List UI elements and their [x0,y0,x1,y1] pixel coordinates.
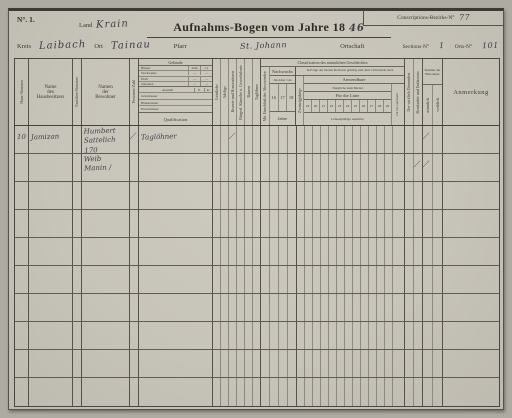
col-house-number: Haus-Nummer [15,59,29,125]
nachwuchs-box: Nachwuchs Im Alter von 16 17 18 Jahre [270,67,296,125]
table-cell [405,182,414,209]
building-title: Gebäude [139,59,212,66]
table-cell [261,266,270,293]
building-dash: — [200,71,212,75]
table-cell [221,238,229,265]
table-cell [369,266,377,293]
table-cell [29,350,73,377]
handwritten-entry: ∕ [129,131,137,143]
table-cell [313,154,321,181]
category-label: Bürgerl. Künstler u. Gewerbsleute [239,65,243,120]
table-cell [385,266,393,293]
table-cell [305,294,313,321]
table-cell [423,378,433,406]
table-cell [414,322,423,349]
nachwuchs-unit: Jahre [270,111,295,125]
age-col: 27 [368,100,376,112]
handwritten-entry: Weib Manin ∕ [82,153,114,175]
table-cell [130,294,139,321]
table-cell [279,266,288,293]
table-cell [245,238,253,265]
table-cell [73,378,82,406]
table-cell [261,350,270,377]
table-cell [345,126,353,153]
table-cell [393,350,405,377]
table-cell [361,210,369,237]
table-cell [213,126,221,153]
table-cell [253,154,261,181]
col-sum-female: weiblich [433,85,442,125]
table-cell: Taglöhner [139,126,213,153]
table-cell [329,266,337,293]
table-cell [423,350,433,377]
table-cell [261,378,270,406]
table-cell [82,238,130,265]
table-cell [423,294,433,321]
year-17-col: 17 [279,84,288,111]
table-row [15,182,499,210]
table-cell [279,378,288,406]
table-cell [288,210,297,237]
table-cell [433,154,443,181]
table-cell: Jamizan [29,126,73,153]
table-cell [353,238,361,265]
table-cell [353,378,361,406]
table-cell [229,154,237,181]
table-cell [261,238,270,265]
table-cell [213,266,221,293]
building-dash: — [188,77,200,81]
census-sheet: N°. 1. Land Krain Conscriptions-Bezirks-… [8,8,504,410]
table-cell [405,238,414,265]
tax-title: Ausmaß [139,88,194,92]
table-cell [253,126,261,153]
table-cell [369,154,377,181]
table-cell [385,126,393,153]
table-cell [288,294,297,321]
table-cell [279,322,288,349]
table-cell [321,322,329,349]
age-col: 21 [320,100,328,112]
table-cell [73,294,82,321]
age-col: 25 [352,100,360,112]
table-cell [414,350,423,377]
tax-box: Ausmaß fl. kr. Grundsteuer Häusersteuer [139,87,212,113]
table-cell [237,350,245,377]
sections-label: Sections-N° [403,44,430,50]
person-count-label: Personen-Zahl [132,80,136,103]
table-cell [139,350,213,377]
year-18-col: 18 [287,84,295,111]
table-cell [253,182,261,209]
handwritten-entry: ∕ [422,159,430,171]
remark-label: Anmerkung [453,89,489,96]
category-label: Bauern [247,86,251,98]
table-cell [393,210,405,237]
table-cell [213,322,221,349]
table-cell [82,378,130,406]
form-title: Aufnahms-Bogen vom Jahre 18 46 [147,20,391,35]
table-cell [130,182,139,209]
table-cell [377,294,385,321]
table-cell [405,350,414,377]
table-cell [130,210,139,237]
table-cell [443,126,499,153]
age-col: 26 [360,100,368,112]
table-cell [221,294,229,321]
table-cell [361,350,369,377]
table-cell [237,238,245,265]
table-cell [321,294,329,321]
table-cell: ∕ [423,126,433,153]
table-cell [15,322,29,349]
table-cell [321,126,329,153]
table-cell [377,238,385,265]
table-cell [297,294,305,321]
table-cell [73,322,82,349]
table-cell [353,182,361,209]
table-cell [329,350,337,377]
classification-group: Classification des männlichen Geschlecht… [261,59,405,125]
table-cell [345,210,353,237]
table-cell [405,294,414,321]
table-cell [433,238,443,265]
col-family-number: Familien-Nummer [73,59,82,125]
table-cell: Humbert Sattelich 170 [82,126,130,153]
building-row: Zubauten — — [139,82,212,86]
table-cell [361,266,369,293]
table-cell [385,154,393,181]
col-category-tradesmen: Bürgerl. Künstler u. Gewerbsleute [237,59,245,125]
parish-row: Pfarr St. Johann Ortschaft [147,37,391,50]
table-cell [369,126,377,153]
building-row-label: Stockwerke [139,71,188,75]
table-cell [443,294,499,321]
table-cell [229,378,237,406]
table-cell [297,182,305,209]
table-cell [73,238,82,265]
table-cell [221,266,229,293]
kreis-label: Kreis [17,43,31,50]
table-cell [305,350,313,377]
table-cell [423,182,433,209]
table-cell [288,154,297,181]
table-cell [337,238,345,265]
table-cell [337,266,345,293]
table-cell [353,350,361,377]
table-cell [313,322,321,349]
table-cell [377,154,385,181]
table-cell [15,210,29,237]
table-cell [82,322,130,349]
table-cell [253,378,261,406]
table-cell [313,210,321,237]
table-cell: ∕ [229,126,237,153]
col-category-nobles: Adelige [221,59,229,125]
table-cell [393,266,405,293]
anwendbare-title: Anwendbare [304,76,404,84]
table-cell [369,238,377,265]
table-cell [130,266,139,293]
table-cell [261,154,270,181]
table-cell [443,154,499,181]
table-cell [414,294,423,321]
table-cell [279,210,288,237]
table-cell [385,350,393,377]
table-cell [377,350,385,377]
tax-row-label: Erwerbsteuer [139,107,194,111]
col-person-count: Personen-Zahl [130,59,139,125]
table-cell [139,294,213,321]
tax-fl-col: fl. [194,88,204,92]
table-cell [221,182,229,209]
table-cell [337,322,345,349]
table-cell [377,210,385,237]
table-cell [261,294,270,321]
building-dash: — [188,71,200,75]
col-category-clergy: Geistliche [213,59,221,125]
sum-female-label: weiblich [436,98,440,112]
table-cell [245,182,253,209]
table-cell [329,378,337,406]
table-cell [321,182,329,209]
table-cell [385,378,393,406]
table-cell [139,322,213,349]
revision-group: In Folge der letzten Revision gehörig un… [296,67,404,125]
table-cell [270,378,279,406]
table-cell [15,238,29,265]
table-cell [385,210,393,237]
table-cell [305,238,313,265]
table-cell: 10 [15,126,29,153]
building-row-label: Häuser [139,66,188,70]
linie-ages-row: 19 20 21 22 23 24 25 26 [304,100,391,113]
col-category-farmers: Bauern [245,59,253,125]
table-cell [414,210,423,237]
table-cell [369,378,377,406]
table-cell [29,294,73,321]
handwritten-entry: ∕ [228,131,236,143]
table-cell [279,350,288,377]
table-cell [345,322,353,349]
table-cell [443,210,499,237]
sheet-header: N°. 1. Land Krain Conscriptions-Bezirks-… [9,11,503,57]
table-cell [377,322,385,349]
linie-group: Taugliche zum Dienst Für die Linie 19 20… [304,84,392,125]
table-cell [369,210,377,237]
conscription-value-handwritten: 77 [458,13,469,22]
table-cell [245,378,253,406]
table-cell [443,266,499,293]
table-cell [237,154,245,181]
table-cell [329,182,337,209]
table-cell [270,238,279,265]
table-cell [377,126,385,153]
table-cell [229,182,237,209]
landwehr-label: Für die Landwehr [396,93,399,116]
form-year-handwritten: 46 [349,23,365,35]
table-cell: Weib Manin ∕ [82,154,130,181]
table-cell [261,322,270,349]
revision-body: Zwanzigjährige Anwendbare Taugliche zum … [296,76,404,125]
table-cell [321,154,329,181]
building-rows: Häuser Zahl Cl. Stockwerke — — Dach — — [139,66,212,87]
table-cell [29,154,73,181]
table-cell [213,182,221,209]
table-cell [414,182,423,209]
table-cell [253,238,261,265]
table-row [15,378,499,406]
pfarr-label: Pfarr [174,43,187,50]
table-cell [305,266,313,293]
twenty-label: Zwanzigjährige [298,88,302,113]
qualification-label: Qualification [139,113,212,125]
table-cell [288,378,297,406]
table-cell [443,322,499,349]
table-cell [305,126,313,153]
table-cell [288,350,297,377]
table-row: Weib Manin ∕∕∕ [15,154,499,182]
table-cell [321,350,329,377]
table-header: Haus-Nummer Name des Hausbesitzers Famil… [15,59,499,126]
sheet-number: N°. 1. [17,15,35,24]
table-cell [353,154,361,181]
table-cell [377,182,385,209]
table-cell [237,182,245,209]
table-cell [229,294,237,321]
table-cell [130,322,139,349]
table-cell [321,266,329,293]
table-row: 10JamizanHumbert Sattelich 170∕Taglöhner… [15,126,499,154]
table-cell: ∕ [130,126,139,153]
table-cell [361,322,369,349]
age-col: 23 [336,100,344,112]
table-cell [297,378,305,406]
year-16-col: 16 [270,84,279,111]
table-cell [305,154,313,181]
table-cell [237,378,245,406]
table-cell [279,126,288,153]
table-cell [261,210,270,237]
land-label: Land [79,22,92,29]
table-row [15,266,499,294]
table-cell [279,154,288,181]
table-cell [433,266,443,293]
table-cell [329,126,337,153]
table-cell [245,294,253,321]
table-cell [361,378,369,406]
table-cell [345,266,353,293]
tax-row: Grundsteuer [139,93,212,100]
table-cell [15,378,29,406]
table-cell [385,294,393,321]
table-cell [345,378,353,406]
building-dash: — [200,82,212,86]
table-cell [405,378,414,406]
table-cell [405,210,414,237]
ort-label: Ort [94,43,103,50]
kreis-value-handwritten: Laibach [39,39,87,52]
table-cell [245,350,253,377]
col-inhabitants: Namen der Bewohner [82,59,130,125]
table-cell [229,238,237,265]
table-cell [361,182,369,209]
table-cell [337,210,345,237]
table-cell [297,266,305,293]
table-cell [253,266,261,293]
table-cell [313,238,321,265]
census-table: Haus-Nummer Name des Hausbesitzers Famil… [14,58,500,407]
table-cell [29,266,73,293]
table-cell [139,238,213,265]
table-cell [353,294,361,321]
col-category-officials: Beamte und Honoratioren [229,59,237,125]
table-cell [345,350,353,377]
col-remark: Anmerkung [443,59,499,125]
table-cell [237,126,245,153]
table-cell [82,182,130,209]
table-cell [305,378,313,406]
table-cell [433,350,443,377]
table-cell [361,238,369,265]
table-cell [245,210,253,237]
table-cell [297,154,305,181]
table-cell [305,182,313,209]
classification-body: Mit Einschluß der Abwesenden Nachwuchs I… [261,67,404,125]
table-cell [329,322,337,349]
table-cell [329,154,337,181]
table-cell [337,294,345,321]
sum-cols: männlich weiblich [423,85,442,125]
table-cell [29,210,73,237]
col-furloughed: Beurlaubte und Entlassene [414,59,423,125]
table-cell [313,126,321,153]
table-cell [393,182,405,209]
table-cell [385,322,393,349]
table-cell [297,238,305,265]
table-cell [229,350,237,377]
table-cell [270,182,279,209]
table-cell [270,154,279,181]
table-cell [305,210,313,237]
pfarr-value-handwritten: St. Johann [240,40,287,51]
table-row [15,210,499,238]
handwritten-entry: ∕ [422,131,430,143]
category-label: Adelige [223,86,227,99]
table-cell [405,126,414,153]
table-cell [237,210,245,237]
table-cell [29,238,73,265]
category-label: Geistliche [215,84,219,100]
table-cell [353,126,361,153]
tauglich-title: Taugliche zum Dienst [304,84,391,92]
tax-kr-col: kr. [204,88,212,92]
table-cell [229,322,237,349]
col-absent: Mit Einschluß der Abwesenden [261,67,270,125]
table-cell [297,322,305,349]
table-cell [270,322,279,349]
table-cell [393,126,405,153]
table-cell [261,126,270,153]
table-cell [221,210,229,237]
handwritten-entry: Taglöhner [139,131,179,144]
age-col: 28 [376,100,384,112]
table-cell [443,350,499,377]
table-cell [270,266,279,293]
col-active-military: Der wirklich Dienenden [405,59,414,125]
age-col: 20 [312,100,320,112]
table-cell [423,238,433,265]
